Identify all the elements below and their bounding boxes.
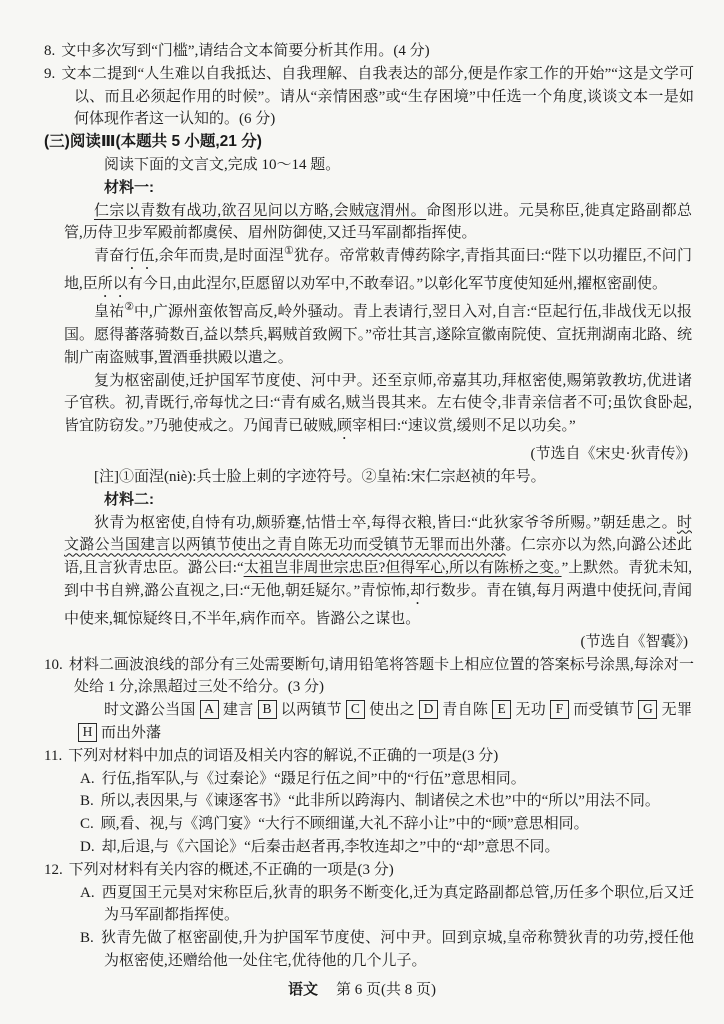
question-number: 12. — [44, 862, 63, 878]
question-9: 9.文本二提到“人生难以自我抵达、自我理解、自我表达的部分,便是作家工作的开始”… — [74, 63, 694, 131]
question-10-answer-row: 时文潞公当国A建言B以两镇节C使出之D青自陈E无功F而受镇节G无罪H而出外藩 — [74, 699, 692, 745]
material-1-paragraph-4: 复为枢密副使,迁护国军节度使、河中尹。还至京师,帝嘉其功,拜枢密使,赐第敦教坊,… — [64, 370, 692, 444]
question-number: 9. — [44, 66, 55, 82]
text-segment: 有今日,由此涅尔,臣愿留以劝军中,不敢奉诏。”以彰化军节度使知延州,擢枢密副使。 — [128, 276, 667, 292]
question-10: 10.材料二画波浪线的部分有三处需要断句,请用铅笔将答题卡上相应位置的答案标号涂… — [74, 654, 694, 700]
material-2-label: 材料二: — [104, 489, 724, 512]
question-11-option-c: C.顾,看、视,与《鸿门宴》“大行不顾细谨,大礼不辞小让”中的“顾”意思相同。 — [104, 813, 694, 836]
option-label: B. — [80, 793, 94, 809]
answer-mark-box-h: H — [78, 723, 97, 742]
option-label: A. — [80, 885, 95, 901]
question-text: 文中多次写到“门槛”,请结合文本简要分析其作用。(4 分) — [61, 43, 429, 59]
text-segment: 行伍 — [124, 248, 154, 264]
footnote-reference: ① — [284, 245, 294, 257]
text-segment: 皇祐 — [94, 304, 124, 320]
option-text: 西夏国王元昊对宋称臣后,狄青的职务不断变化,迁为真定路副都总管,历任多个职位,后… — [102, 885, 694, 924]
section-intro: 阅读下面的文言文,完成 10～14 题。 — [104, 154, 724, 177]
text-segment: 青奋 — [94, 248, 124, 264]
footnote-reference: ② — [124, 301, 134, 313]
question-11-option-a: A.行伍,指军队,与《过秦论》“蹑足行伍之间”中的“行伍”意思相同。 — [104, 768, 694, 791]
text-segment: 无罪 — [661, 702, 692, 718]
option-label: A. — [80, 771, 95, 787]
text-segment: 所以 — [98, 276, 128, 292]
option-text: 却,后退,与《六国论》“后秦击赵者再,李牧连却之”中的“却”意思不同。 — [102, 839, 560, 855]
option-text: 狄青先做了枢密副使,升为护国军节度使、河中尹。回到京城,皇帝称赞狄青的功劳,授任… — [101, 930, 694, 969]
material-1-paragraph-3: 皇祐②中,广源州蛮侬智高反,岭外骚动。青上表请行,翌日入对,自言:“臣起行伍,非… — [64, 301, 692, 369]
text-segment: 青自陈 — [442, 702, 488, 718]
text-segment: 建言 — [223, 702, 254, 718]
text-segment: 太祖岂非周世宗忠臣?但得军心,所以有陈桥之变。 — [244, 560, 562, 576]
question-11-option-d: D.却,后退,与《六国论》“后秦击赵者再,李牧连却之”中的“却”意思不同。 — [104, 836, 694, 859]
question-11-option-b: B.所以,表因果,与《谏逐客书》“此非所以跨海内、制诸侯之术也”中的“所以”用法… — [104, 790, 694, 813]
question-number: 8. — [44, 43, 55, 59]
question-8: 8.文中多次写到“门槛”,请结合文本简要分析其作用。(4 分) — [74, 40, 694, 63]
text-segment: 却 — [410, 583, 425, 599]
option-label: D. — [80, 839, 95, 855]
question-11: 11.下列对材料中加点的词语及相关内容的解说,不正确的一项是(3 分) — [74, 745, 694, 768]
option-text: 所以,表因果,与《谏逐客书》“此非所以跨海内、制诸侯之术也”中的“所以”用法不同… — [101, 793, 660, 809]
answer-mark-box-d: D — [419, 700, 438, 719]
material-2-paragraph-1: 狄青为枢密使,自恃有功,颇骄蹇,怙惜士卒,每得衣粮,皆曰:“此狄家爷爷所赐。”朝… — [64, 512, 692, 631]
answer-mark-box-c: C — [346, 700, 365, 719]
footnote: [注]①面涅(niè):兵士脸上刺的字迹符号。②皇祐:宋仁宗赵祯的年号。 — [64, 466, 692, 489]
text-segment: 时文潞公当国 — [104, 702, 196, 718]
page-footer: 语文第 6 页(共 8 页) — [0, 979, 724, 1002]
answer-mark-box-a: A — [200, 700, 219, 719]
question-12-option-a: A.西夏国王元昊对宋称臣后,狄青的职务不断变化,迁为真定路副都总管,历任多个职位… — [104, 882, 694, 928]
text-segment: 顾 — [337, 418, 352, 434]
question-text: 文本二提到“人生难以自我抵达、自我理解、自我表达的部分,便是作家工作的开始”“这… — [61, 66, 694, 128]
question-text: 下列对材料中加点的词语及相关内容的解说,不正确的一项是(3 分) — [68, 748, 498, 764]
text-segment: ,余年而贵,是时面涅 — [155, 248, 284, 264]
question-number: 10. — [44, 657, 63, 673]
text-segment: 仁宗以青数有战功,欲召见问以方略,会贼寇渭州。 — [94, 203, 426, 219]
material-1-label: 材料一: — [104, 177, 724, 200]
question-text: 材料二画波浪线的部分有三处需要断句,请用铅笔将答题卡上相应位置的答案标号涂黑,每… — [69, 657, 694, 696]
answer-mark-box-g: G — [638, 700, 657, 719]
material-1-paragraph-1: 仁宗以青数有战功,欲召见问以方略,会贼寇渭州。命图形以进。元昊称臣,徙真定路副都… — [64, 200, 692, 246]
text-segment: 而受镇节 — [573, 702, 634, 718]
material-1-paragraph-2: 青奋行伍,余年而贵,是时面涅①犹存。帝常敕青傅药除字,青指其面曰:“陛下以功擢臣… — [64, 245, 692, 301]
exam-page: 8.文中多次写到“门槛”,请结合文本简要分析其作用。(4 分) 9.文本二提到“… — [0, 0, 724, 1024]
option-label: B. — [80, 930, 94, 946]
footer-subject: 语文 — [288, 981, 318, 998]
text-segment: 而出外藩 — [101, 725, 161, 741]
question-12-option-b: B.狄青先做了枢密副使,升为护国军节度使、河中尹。回到京城,皇帝称赞狄青的功劳,… — [104, 927, 694, 973]
question-number: 11. — [44, 748, 62, 764]
question-text: 下列对材料有关内容的概述,不正确的一项是(3 分) — [69, 862, 394, 878]
answer-mark-box-e: E — [492, 700, 511, 719]
text-segment: 无功 — [515, 702, 546, 718]
text-segment: 以两镇节 — [281, 702, 342, 718]
option-text: 行伍,指军队,与《过秦论》“蹑足行伍之间”中的“行伍”意思相同。 — [102, 771, 526, 787]
question-12: 12.下列对材料有关内容的概述,不正确的一项是(3 分) — [74, 859, 694, 882]
option-text: 顾,看、视,与《鸿门宴》“大行不顾细谨,大礼不辞小让”中的“顾”意思相同。 — [101, 816, 589, 832]
answer-mark-box-f: F — [550, 700, 569, 719]
answer-mark-box-b: B — [258, 700, 277, 719]
section-heading: (三)阅读Ⅲ(本题共 5 小题,21 分) — [44, 131, 724, 154]
text-segment: 宰相曰:“速议赏,缓则不足以功矣。” — [352, 418, 576, 434]
option-label: C. — [80, 816, 94, 832]
text-segment: 使出之 — [369, 702, 415, 718]
text-segment: 中,广源州蛮侬智高反,岭外骚动。青上表请行,翌日入对,自言:“臣起行伍,非战伐无… — [64, 304, 692, 366]
footer-page-info: 第 6 页(共 8 页) — [336, 982, 436, 998]
text-segment: 狄青为枢密使,自恃有功,颇骄蹇,怙惜士卒,每得衣粮,皆曰:“此狄家爷爷所赐。”朝… — [94, 515, 677, 531]
material-1-attribution: (节选自《宋史·狄青传》) — [0, 443, 688, 466]
material-2-attribution: (节选自《智囊》) — [0, 631, 688, 654]
